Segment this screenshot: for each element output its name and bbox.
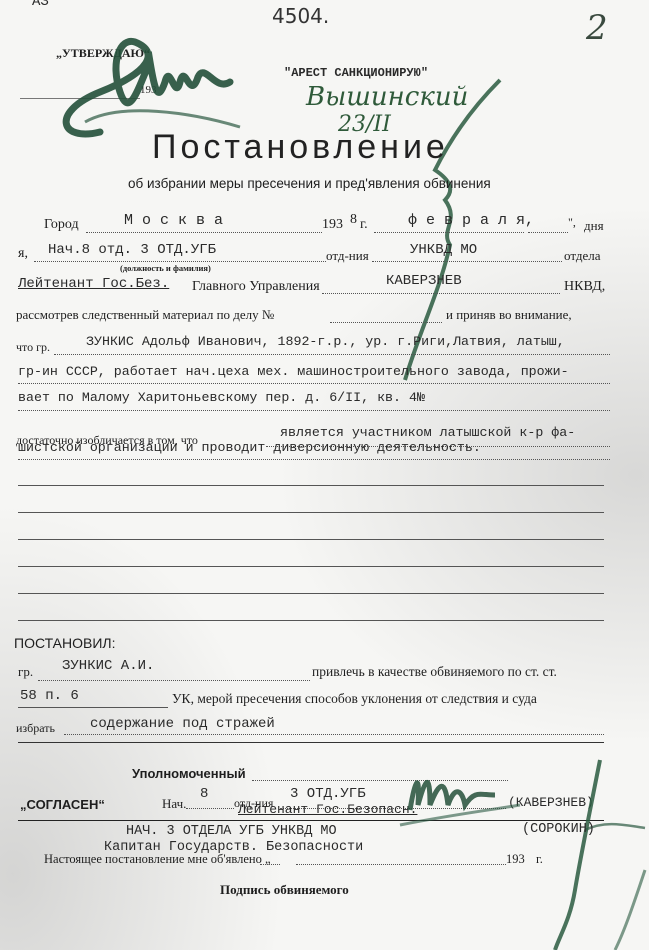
blank-line-1[interactable] [18,485,604,486]
uprav-field[interactable]: УНКВД МО [410,242,477,258]
document-title: Постановление [152,128,449,167]
measure-field[interactable]: содержание под стражей [90,716,275,732]
year-field[interactable]: 8 [350,212,357,228]
head-name: (СОРОКИН) [522,822,595,837]
file-number: 4504. [272,4,329,28]
gr-label: гр. [18,664,33,680]
blank-line-2[interactable] [18,512,604,513]
case-label: рассмотрев следственный материал по делу… [16,307,274,323]
suspect-line-2[interactable]: гр-ин СССР, работает нач.цеха мех. машин… [18,364,569,379]
authorized-label: Уполномоченный [132,766,246,781]
otdela-label: отдела [564,248,600,264]
nkvd-label: НКВД, [564,279,605,295]
city-field[interactable]: М о с к в а [124,212,223,229]
accusation-line-1[interactable]: является участником латышской к-р фа- [280,425,575,440]
otd-nia-label: отд-ния [326,248,369,264]
considering-label: и приняв во внимание, [446,307,572,323]
agreed-label: „СОГЛАСЕН“ [20,797,105,812]
day-quote: ", [568,215,576,230]
nach-field[interactable]: 8 [200,786,208,802]
archive-mark: АЗ [32,0,49,10]
choose-label: избрать [16,721,55,736]
suspect-line-1[interactable]: ЗУНКИС Адольф Иванович, 1892-г.р., ур. г… [86,334,565,349]
announced-date-field[interactable] [296,864,506,865]
accused-signature-label: Подпись обвиняемого [220,882,349,898]
blank-line-5[interactable] [18,593,604,594]
blank-line-3[interactable] [18,539,604,540]
page-number: 2 [586,8,608,48]
document-subtitle: об избрании меры пресечения и пред'явлен… [128,176,491,191]
signatures-ink [390,750,649,950]
year-prefix: 193 [322,217,343,233]
year-suffix: г. [360,217,368,233]
position-field[interactable]: Нач.8 отд. 3 ОТД.УГБ [48,242,216,258]
dept-field[interactable]: 3 ОТД.УГБ [290,786,366,802]
day-label: дня [584,218,604,234]
suspect-line-3[interactable]: вает по Малому Харитоньевскому пер. д. 6… [18,390,425,405]
rank-field[interactable]: Лейтенант Гос.Без. [18,276,169,292]
accused-field[interactable]: ЗУНКИС А.И. [62,658,154,674]
name-field[interactable]: КАВЕРЗНЕВ [386,273,462,289]
city-label: Город [44,217,79,233]
announced-suffix: г. [536,852,543,867]
blank-line-6[interactable] [18,620,604,621]
what-label: что гр. [16,340,50,355]
position-hint: (должность и фамилия) [120,263,211,273]
article-field[interactable]: 58 п. 6 [20,688,79,704]
blank-line-4[interactable] [18,566,604,567]
head-line-1: НАЧ. 3 ОТДЕЛА УГБ УНКВД МО [126,824,337,839]
announced-label: Настоящее постановление мне об'явлено „ [44,852,271,867]
gu-label: Главного Управления [192,279,320,295]
case-number-field[interactable] [330,322,442,323]
month-field[interactable]: ф е в р а л я, [408,212,534,229]
accusation-line-2[interactable]: шистской организации и проводит диверсио… [18,440,481,455]
nach-label: Нач. [162,796,186,812]
uk-label: УК, мерой пресечения способов уклонения … [172,691,537,707]
charge-label: привлечь в качестве обвиняемого по ст. с… [312,664,557,680]
announced-year: 193 [506,852,525,867]
ya-label: я, [18,246,28,262]
document-page: АЗ 4504. 2 „УТВЕРЖДАЮ“ 193 "АРЕСТ САНКЦИ… [0,0,649,950]
resolution-end-line [18,742,604,743]
resolution-heading: ПОСТАНОВИЛ: [14,635,116,651]
